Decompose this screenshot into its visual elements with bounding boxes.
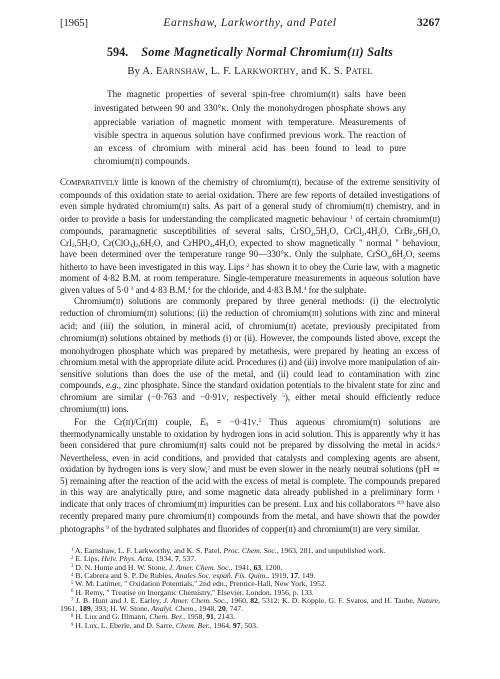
article-byline: By A. EARNSHAW, L. F. LARKWORTHY, and K.… [60,66,440,77]
page-header: [1965] Earnshaw, Larkworthy, and Patel 3… [60,17,440,29]
issue-year: [1965] [60,18,122,29]
footnote-list: 1 A. Earnshaw, L. F. Larkworthy, and K. … [60,547,440,630]
footnote: 9 H. Lux, L. Eberle, and D. Sarre, Chem.… [60,622,440,630]
body-paragraph: For the Cr(II)/Cr(III) couple, E0 = −0·4… [60,417,440,537]
article-title: Some Magnetically Normal Chromium(II) Sa… [141,45,393,59]
abstract-paragraph: The magnetic properties of several spin-… [94,88,406,168]
body-paragraph: COMPARATIVELY little is known of the che… [60,177,440,296]
article-title-block: 594.Some Magnetically Normal Chromium(II… [60,45,440,60]
journal-page: [1965] Earnshaw, Larkworthy, and Patel 3… [0,0,500,679]
running-head: Earnshaw, Larkworthy, and Patel [122,17,378,29]
body-paragraph: Chromium(II) solutions are commonly prep… [60,296,440,417]
article-number: 594. [107,45,128,59]
article-body: COMPARATIVELY little is known of the che… [60,177,440,536]
footnote: 7 J. B. Hunt and J. E. Earley, J. Amer. … [60,597,440,614]
page-number: 3267 [378,17,440,29]
